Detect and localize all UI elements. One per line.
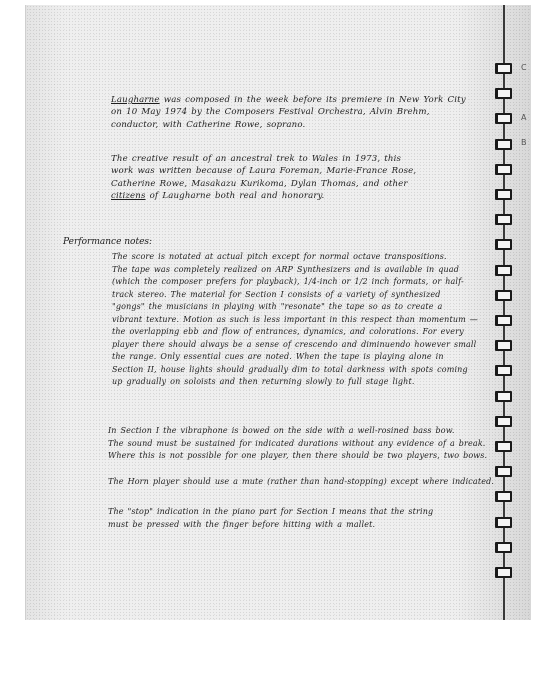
spiral-ring xyxy=(495,365,512,376)
bleed-through-letter: A xyxy=(521,113,526,122)
spiral-ring xyxy=(495,88,512,99)
notes-line: the range. Only essential cues are noted… xyxy=(112,351,478,364)
spiral-ring xyxy=(495,340,512,351)
spiral-ring xyxy=(495,517,512,528)
spiral-ring xyxy=(495,63,512,74)
intro-line: conductor, with Catherine Rowe, soprano. xyxy=(111,119,466,131)
notes-line: The "stop" indication in the piano part … xyxy=(108,506,433,519)
dedication-line: Catherine Rowe, Masakazu Kurikoma, Dylan… xyxy=(111,178,416,190)
notes-line: The tape was completely realized on ARP … xyxy=(112,264,478,277)
dedication-line: work was written because of Laura Forema… xyxy=(111,165,416,177)
spiral-ring xyxy=(495,139,512,150)
spiral-ring xyxy=(495,491,512,502)
notes-line: "gongs" the musicians in playing with "r… xyxy=(112,301,478,314)
spiral-ring xyxy=(495,290,512,301)
notes-line: (which the composer prefers for playback… xyxy=(112,276,478,289)
notes-paragraph-4: The "stop" indication in the piano part … xyxy=(108,506,433,531)
intro-line: on 10 May 1974 by the Composers Festival… xyxy=(111,106,466,118)
notes-line: The Horn player should use a mute (rathe… xyxy=(108,476,494,489)
spiral-ring xyxy=(495,391,512,402)
spiral-ring xyxy=(495,315,512,326)
spiral-ring xyxy=(495,214,512,225)
notes-line: The sound must be sustained for indicate… xyxy=(108,438,487,451)
notes-line: In Section I the vibraphone is bowed on … xyxy=(108,425,487,438)
notes-line: Where this is not possible for one playe… xyxy=(108,450,487,463)
notes-line: the overlapping ebb and flow of entrance… xyxy=(112,326,478,339)
spiral-ring xyxy=(495,416,512,427)
notes-line: track stereo. The material for Section I… xyxy=(112,289,478,302)
title-laugharne: Laugharne xyxy=(111,95,160,105)
spiral-ring xyxy=(495,113,512,124)
notes-line: The score is notated at actual pitch exc… xyxy=(112,251,478,264)
notes-paragraph-3: The Horn player should use a mute (rathe… xyxy=(108,476,494,489)
spiral-ring xyxy=(495,567,512,578)
notes-line: up gradually on soloists and then return… xyxy=(112,376,478,389)
dedication-line: The creative result of an ancestral trek… xyxy=(111,153,416,165)
intro-line: Laugharne was composed in the week befor… xyxy=(111,94,466,106)
spiral-ring xyxy=(495,542,512,553)
notes-line: player there should always be a sense of… xyxy=(112,339,478,352)
spiral-ring xyxy=(495,189,512,200)
notes-line: Section II, house lights should graduall… xyxy=(112,364,478,377)
bleed-through-letter: C xyxy=(521,63,527,72)
spiral-ring xyxy=(495,466,512,477)
performance-notes-heading: Performance notes: xyxy=(63,237,152,247)
spiral-ring xyxy=(495,239,512,250)
spiral-ring xyxy=(495,441,512,452)
notes-paragraph-1: The score is notated at actual pitch exc… xyxy=(112,251,478,389)
notes-line: must be pressed with the finger before h… xyxy=(108,519,433,532)
spiral-ring xyxy=(495,265,512,276)
spiral-ring xyxy=(495,164,512,175)
word-citizens: citizens xyxy=(111,191,146,201)
notes-line: vibrant texture. Motion as such is less … xyxy=(112,314,478,327)
bleed-through-letter: B xyxy=(521,138,527,147)
dedication-line: citizens of Laugharne both real and hono… xyxy=(111,190,416,202)
dedication-paragraph: The creative result of an ancestral trek… xyxy=(111,153,416,203)
intro-paragraph: Laugharne was composed in the week befor… xyxy=(111,94,466,131)
notes-paragraph-2: In Section I the vibraphone is bowed on … xyxy=(108,425,487,463)
